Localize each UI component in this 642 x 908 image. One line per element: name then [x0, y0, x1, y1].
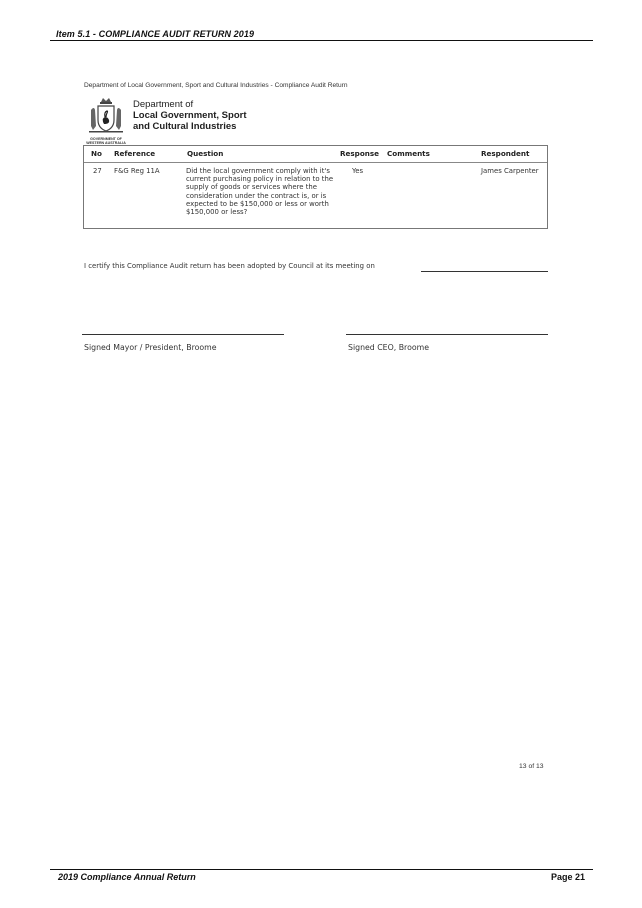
- meeting-date-line: [421, 271, 548, 272]
- footer-page-number: Page 21: [551, 872, 585, 882]
- cell-reference: F&G Reg 11A: [114, 167, 160, 175]
- col-no: No: [91, 149, 102, 158]
- ceo-signature-label: Signed CEO, Broome: [348, 343, 429, 352]
- col-question: Question: [187, 149, 223, 158]
- wa-coat-of-arms-icon: [86, 96, 126, 142]
- page-count: 13 of 13: [519, 763, 544, 770]
- department-subtitle: Department of Local Government, Sport an…: [84, 82, 348, 89]
- logo-text-line3: and Cultural Industries: [133, 122, 236, 133]
- table-header-row: No Reference Question Response Comments …: [84, 146, 547, 163]
- cell-question: Did the local government comply with it'…: [186, 167, 336, 216]
- page-header-title: Item 5.1 - COMPLIANCE AUDIT RETURN 2019: [56, 29, 254, 39]
- ceo-signature-line: [346, 334, 548, 335]
- cell-respondent: James Carpenter: [481, 167, 539, 175]
- page-footer: 2019 Compliance Annual Return Page 21: [50, 869, 593, 884]
- mayor-signature-label: Signed Mayor / President, Broome: [84, 343, 217, 352]
- col-respondent: Respondent: [481, 149, 529, 158]
- col-reference: Reference: [114, 149, 155, 158]
- mayor-signature-line: [82, 334, 284, 335]
- cell-response: Yes: [352, 167, 363, 175]
- cell-no: 27: [93, 167, 102, 175]
- certification-statement: I certify this Compliance Audit return h…: [84, 262, 375, 270]
- col-comments: Comments: [387, 149, 430, 158]
- footer-title: 2019 Compliance Annual Return: [58, 872, 196, 882]
- logo-text-line2: Local Government, Sport: [133, 111, 247, 122]
- compliance-table: No Reference Question Response Comments …: [83, 145, 548, 229]
- page-header: Item 5.1 - COMPLIANCE AUDIT RETURN 2019: [50, 28, 593, 41]
- col-response: Response: [340, 149, 379, 158]
- logo-text-line1: Department of: [133, 100, 193, 111]
